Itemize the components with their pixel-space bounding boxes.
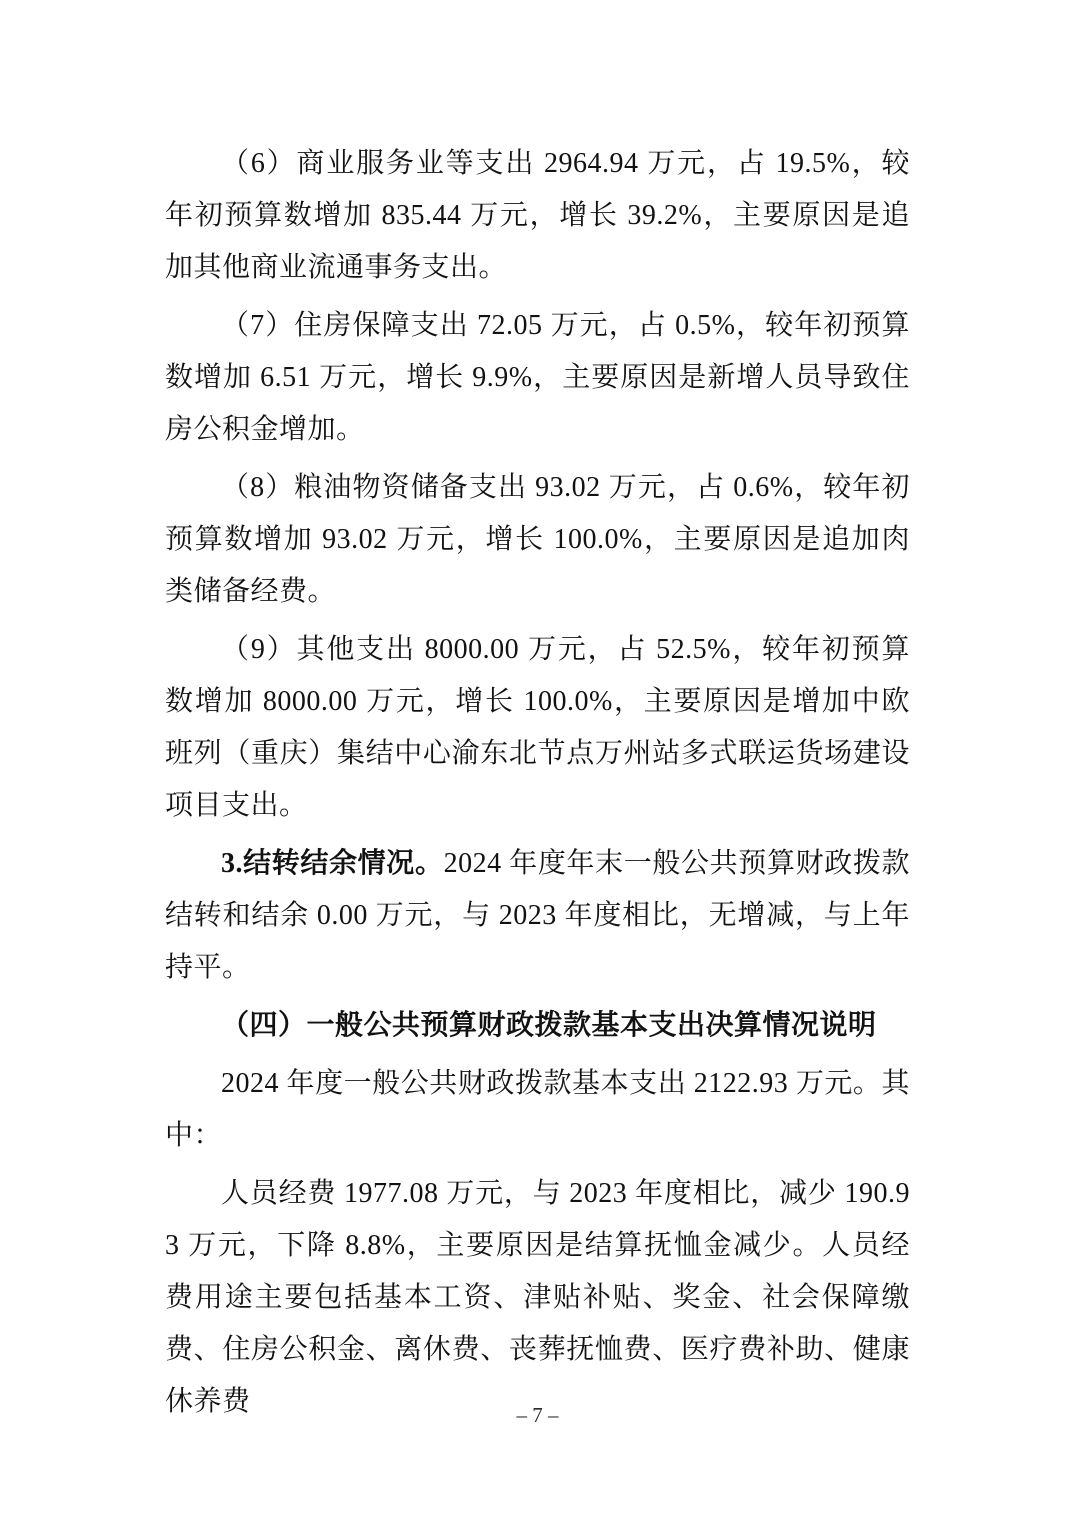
bold-text-run: （四）一般公共预算财政拨款基本支出决算情况说明 [221, 1010, 877, 1041]
paragraph: （9）其他支出 8000.00 万元，占 52.5%，较年初预算数增加 8000… [165, 624, 910, 832]
text-run: （6）商业服务业等支出 2964.94 万元，占 19.5%，较年初预算数增加 … [165, 148, 910, 283]
section-heading: （四）一般公共预算财政拨款基本支出决算情况说明 [165, 1000, 910, 1052]
paragraph: （7）住房保障支出 72.05 万元，占 0.5%，较年初预算数增加 6.51 … [165, 300, 910, 456]
text-run: 2024 年度一般公共财政拨款基本支出 2122.93 万元。其中： [165, 1068, 910, 1151]
text-run: 人员经费 1977.08 万元，与 2023 年度相比，减少 190.93 万元… [165, 1178, 910, 1417]
text-run: （9）其他支出 8000.00 万元，占 52.5%，较年初预算数增加 8000… [165, 634, 910, 821]
paragraph: （6）商业服务业等支出 2964.94 万元，占 19.5%，较年初预算数增加 … [165, 138, 910, 294]
document-body: （6）商业服务业等支出 2964.94 万元，占 19.5%，较年初预算数增加 … [165, 138, 910, 1434]
bold-text-run: 3.结转结余情况。 [221, 848, 444, 879]
text-run: （8）粮油物资储备支出 93.02 万元，占 0.6%，较年初预算数增加 93.… [165, 472, 910, 607]
text-run: （7）住房保障支出 72.05 万元，占 0.5%，较年初预算数增加 6.51 … [165, 310, 910, 445]
paragraph: 3.结转结余情况。2024 年度年末一般公共预算财政拨款结转和结余 0.00 万… [165, 838, 910, 994]
paragraph: 人员经费 1977.08 万元，与 2023 年度相比，减少 190.93 万元… [165, 1168, 910, 1428]
document-page: （6）商业服务业等支出 2964.94 万元，占 19.5%，较年初预算数增加 … [0, 0, 1075, 1520]
page-footer: – 7 – [0, 1400, 1075, 1430]
paragraph: 2024 年度一般公共财政拨款基本支出 2122.93 万元。其中： [165, 1058, 910, 1162]
paragraph: （8）粮油物资储备支出 93.02 万元，占 0.6%，较年初预算数增加 93.… [165, 462, 910, 618]
page-number: – 7 – [517, 1403, 559, 1427]
